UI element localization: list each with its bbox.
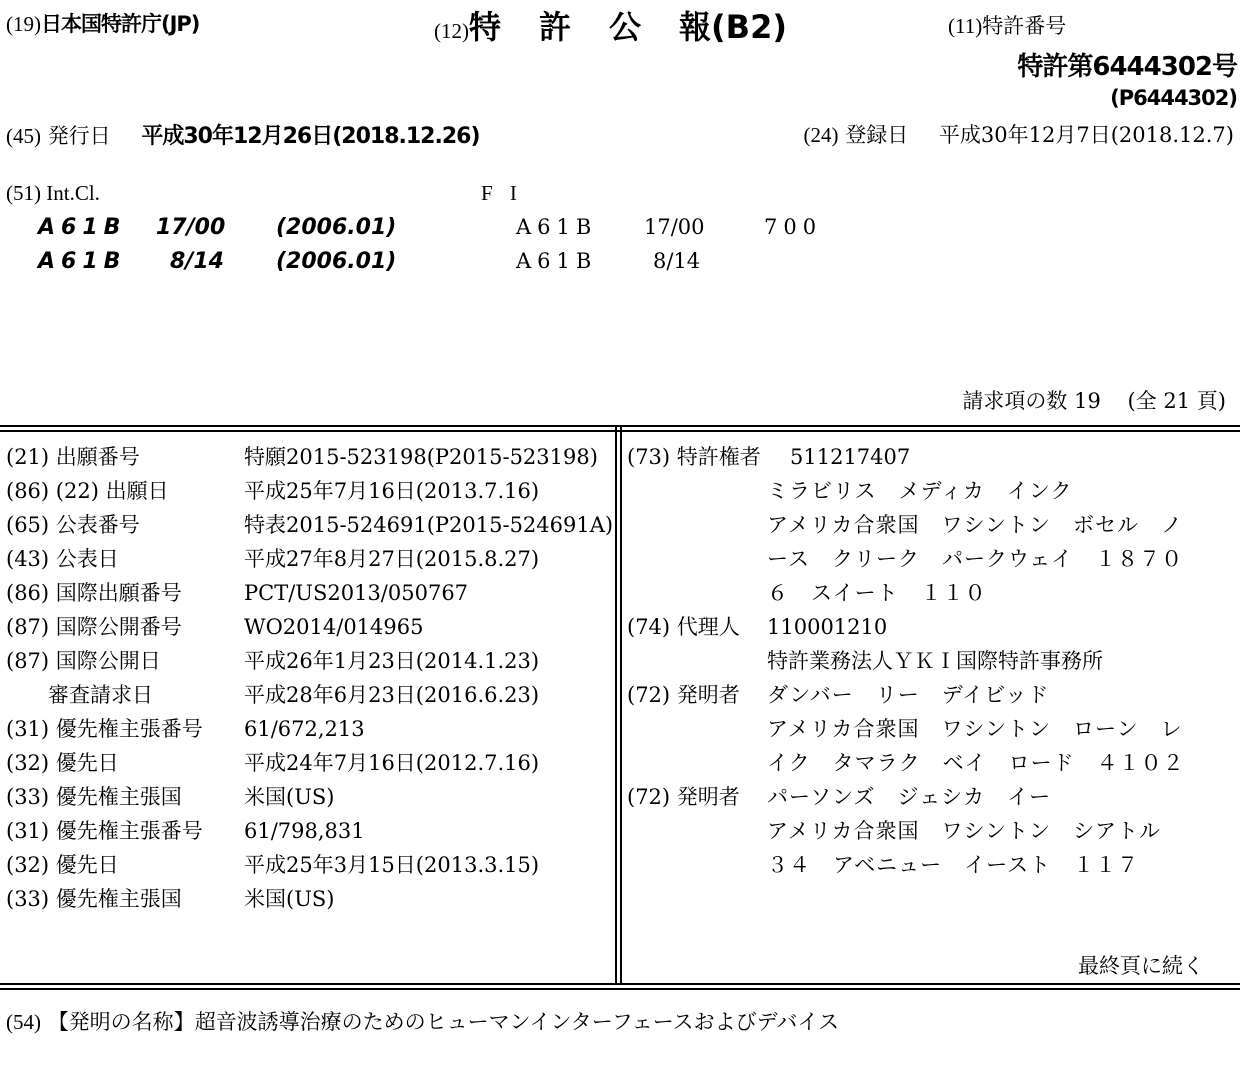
fi-label: F I [481,181,523,206]
office-name: 日本国特許庁(JP) [41,12,199,36]
field-value: アメリカ合衆国 ワシントン シアトル [767,814,1161,848]
field-label: (32) 優先日 [6,848,119,882]
field-value: 平成27年8月27日(2015.8.27) [244,542,539,576]
field-value: アメリカ合衆国 ワシントン ボセル ノ [767,508,1183,542]
kind-title: 特許公報(B2) [469,8,787,46]
field-label: (31) 優先権主張番号 [6,814,203,848]
registration-date-line: (24) 登録日 平成30年12月7日(2018.12.7) [804,119,1234,149]
field-label: (31) 優先権主張番号 [6,712,203,746]
continued-note: 最終頁に続く [1078,950,1204,980]
column-divider [615,425,622,985]
claims-count: 請求項の数 19 (全 21 頁) [962,385,1226,415]
claims-label: 請求項の数 [962,389,1067,413]
kind-code: (12) [434,19,469,43]
issuing-office: (19)日本国特許庁(JP) [6,8,199,38]
field-label: (32) 優先日 [6,746,119,780]
issue-date: 平成30年12月26日(2018.12.26) [141,124,479,149]
field-value: ミラビリス メディカ インク [767,474,1072,508]
field-value: 61/672,213 [244,712,365,746]
page-count: (全 21 頁) [1128,389,1226,413]
field-value: 米国(US) [244,882,334,916]
issue-date-line: (45) 発行日 平成30年12月26日(2018.12.26) [6,119,480,150]
field-value: パーソンズ ジェシカ イー [767,780,1051,814]
field-value: 米国(US) [244,780,334,814]
field-value: 特表2015-524691(P2015-524691A) [244,508,613,542]
intcl-label: (51) Int.Cl. [6,181,100,206]
field-value: アメリカ合衆国 ワシントン ローン レ [767,712,1183,746]
field-value: ース クリーク パークウェイ １８７０ [767,542,1183,576]
field-value: 平成24年7月16日(2012.7.16) [244,746,539,780]
field-value: 平成25年7月16日(2013.7.16) [244,474,539,508]
office-code: (19) [6,12,41,36]
field-label: (87) 国際公開日 [6,644,161,678]
field-value: PCT/US2013/050767 [244,576,468,610]
field-label: (86) 国際出願番号 [6,576,182,610]
field-label: (87) 国際公開番号 [6,610,182,644]
field-value: 61/798,831 [244,814,365,848]
field-value: 511217407 [790,440,910,474]
field-label: (86) (22) 出願日 [6,474,169,508]
field-label: (43) 公表日 [6,542,119,576]
field-value: 平成28年6月23日(2016.6.23) [244,678,539,712]
patent-number-label: (11)特許番号 [948,10,1066,40]
field-value: イク タマラク ベイ ロード ４１０２ [767,746,1185,780]
field-label: (72) 発明者 [627,780,740,814]
table-bottom-rule [0,983,1240,990]
patent-number-p: (P6444302) [1110,86,1237,110]
field-label: 審査請求日 [6,678,153,712]
field-value: WO2014/014965 [244,610,423,644]
field-value: ６ スイート １１０ [767,576,987,610]
field-label: (65) 公表番号 [6,508,140,542]
registration-date-label: 登録日 [845,123,908,147]
registration-date: 平成30年12月7日(2018.12.7) [939,123,1234,147]
field-value: 特願2015-523198(P2015-523198) [244,440,598,474]
field-value: ダンバー リー デイビッド [767,678,1049,712]
field-label: (73) 特許権者 [627,440,761,474]
field-value: 特許業務法人ＹＫＩ国際特許事務所 [767,644,1103,678]
field-label: (33) 優先権主張国 [6,780,182,814]
field-value: ３４ アベニュー イースト １１７ [767,848,1139,882]
issue-date-label: 発行日 [48,124,111,148]
invention-title-label: 【発明の名称】 [48,1010,195,1034]
field-label: (72) 発明者 [627,678,740,712]
invention-title: (54) 【発明の名称】超音波誘導治療のためのヒューマンインターフェースおよびデ… [6,1006,839,1036]
field-label: (33) 優先権主張国 [6,882,182,916]
field-value: 平成26年1月23日(2014.1.23) [244,644,539,678]
field-label: (74) 代理人 [627,610,740,644]
publication-kind: (12)特許公報(B2) [434,2,787,48]
field-value: 平成25年3月15日(2013.3.15) [244,848,539,882]
patent-number: 特許第6444302号 [1017,46,1237,83]
field-label: (21) 出願番号 [6,440,140,474]
invention-title-text: 超音波誘導治療のためのヒューマンインターフェースおよびデバイス [195,1010,840,1034]
claims-number: 19 [1074,389,1101,413]
field-value: 110001210 [767,610,887,644]
